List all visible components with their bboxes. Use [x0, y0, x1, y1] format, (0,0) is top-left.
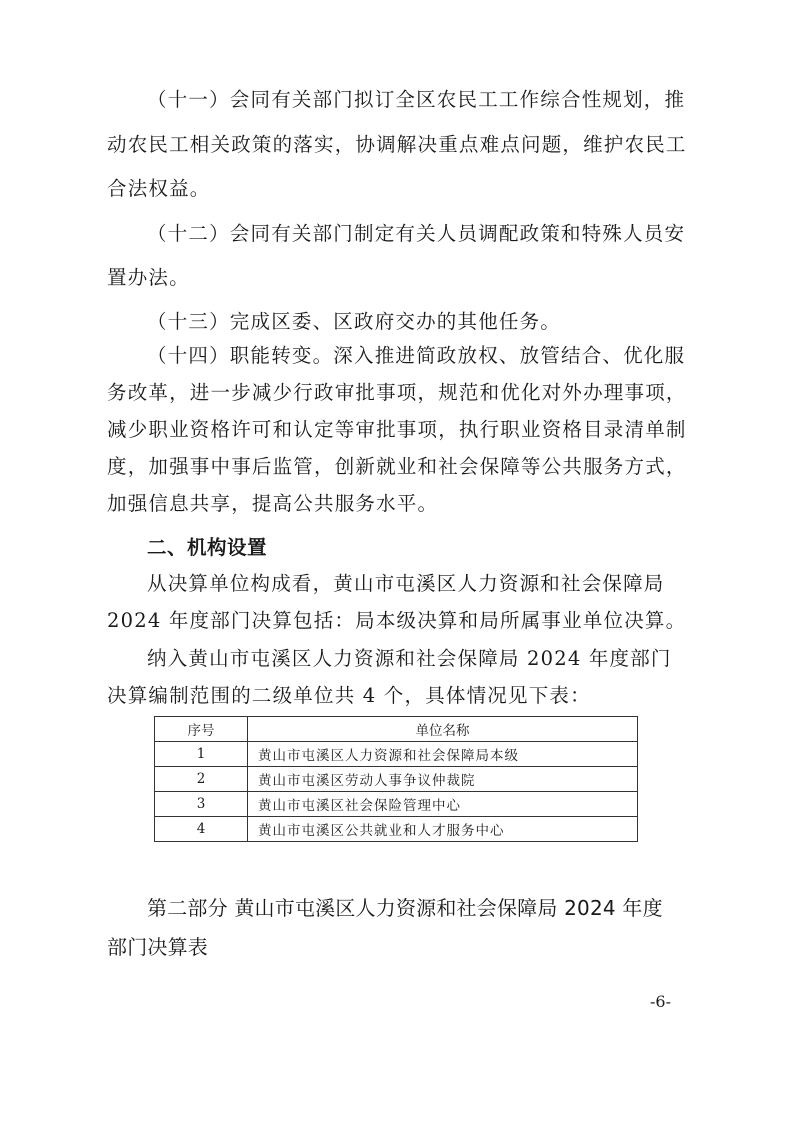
- section2-para2-line2: 决算编制范围的二级单位共 4 个，具体情况见下表：: [107, 684, 687, 708]
- item12-line1: （十二）会同有关部门制定有关人员调配政策和特殊人员安: [147, 222, 727, 246]
- header-unit-name: 单位名称: [248, 717, 638, 742]
- item11-line2: 动农民工相关政策的落实，协调解决重点难点问题，维护农民工: [107, 133, 687, 157]
- item14-line4: 度，加强事中事后监管，创新就业和社会保障等公共服务方式，: [107, 455, 687, 479]
- row-unit-name: 黄山市屯溪区公共就业和人才服务中心: [248, 817, 638, 842]
- page-number: -6-: [650, 992, 671, 1011]
- item11-line1: （十一）会同有关部门拟订全区农民工工作综合性规划，推: [147, 88, 727, 112]
- row-number: 4: [155, 817, 248, 842]
- document-page: （十一）会同有关部门拟订全区农民工工作综合性规划，推 动农民工相关政策的落实，协…: [0, 0, 793, 1122]
- section-heading: 二、机构设置: [147, 536, 727, 560]
- table-row: 4 黄山市屯溪区公共就业和人才服务中心: [155, 817, 638, 842]
- part-title-line1: 第二部分 黄山市屯溪区人力资源和社会保障局 2024 年度: [147, 896, 727, 920]
- table-row: 3 黄山市屯溪区社会保险管理中心: [155, 792, 638, 817]
- table-row: 2 黄山市屯溪区劳动人事争议仲裁院: [155, 767, 638, 792]
- row-number: 3: [155, 792, 248, 817]
- item14-line2: 务改革，进一步减少行政审批事项，规范和优化对外办理事项，: [107, 381, 687, 405]
- item14-line3: 减少职业资格许可和认定等审批事项，执行职业资格目录清单制: [107, 418, 687, 442]
- row-number: 2: [155, 767, 248, 792]
- table-header-row: 序号 单位名称: [155, 717, 638, 742]
- section2-para1-line2: 2024 年度部门决算包括：局本级决算和局所属事业单位决算。: [107, 609, 687, 633]
- row-number: 1: [155, 742, 248, 767]
- section2-para2-line1: 纳入黄山市屯溪区人力资源和社会保障局 2024 年度部门: [147, 647, 727, 671]
- section2-para1-line1: 从决算单位构成看，黄山市屯溪区人力资源和社会保障局: [147, 572, 727, 596]
- item14-line1: （十四）职能转变。深入推进简政放权、放管结合、优化服: [147, 344, 727, 368]
- item13-line1: （十三）完成区委、区政府交办的其他任务。: [147, 310, 727, 334]
- row-unit-name: 黄山市屯溪区社会保险管理中心: [248, 792, 638, 817]
- units-table: 序号 单位名称 1 黄山市屯溪区人力资源和社会保障局本级 2 黄山市屯溪区劳动人…: [154, 716, 638, 842]
- item11-line3: 合法权益。: [107, 177, 687, 201]
- item14-line5: 加强信息共享，提高公共服务水平。: [107, 492, 687, 516]
- table-row: 1 黄山市屯溪区人力资源和社会保障局本级: [155, 742, 638, 767]
- row-unit-name: 黄山市屯溪区人力资源和社会保障局本级: [248, 742, 638, 767]
- header-serial: 序号: [155, 717, 248, 742]
- part-title-line2: 部门决算表: [107, 935, 687, 959]
- row-unit-name: 黄山市屯溪区劳动人事争议仲裁院: [248, 767, 638, 792]
- item12-line2: 置办法。: [107, 266, 687, 290]
